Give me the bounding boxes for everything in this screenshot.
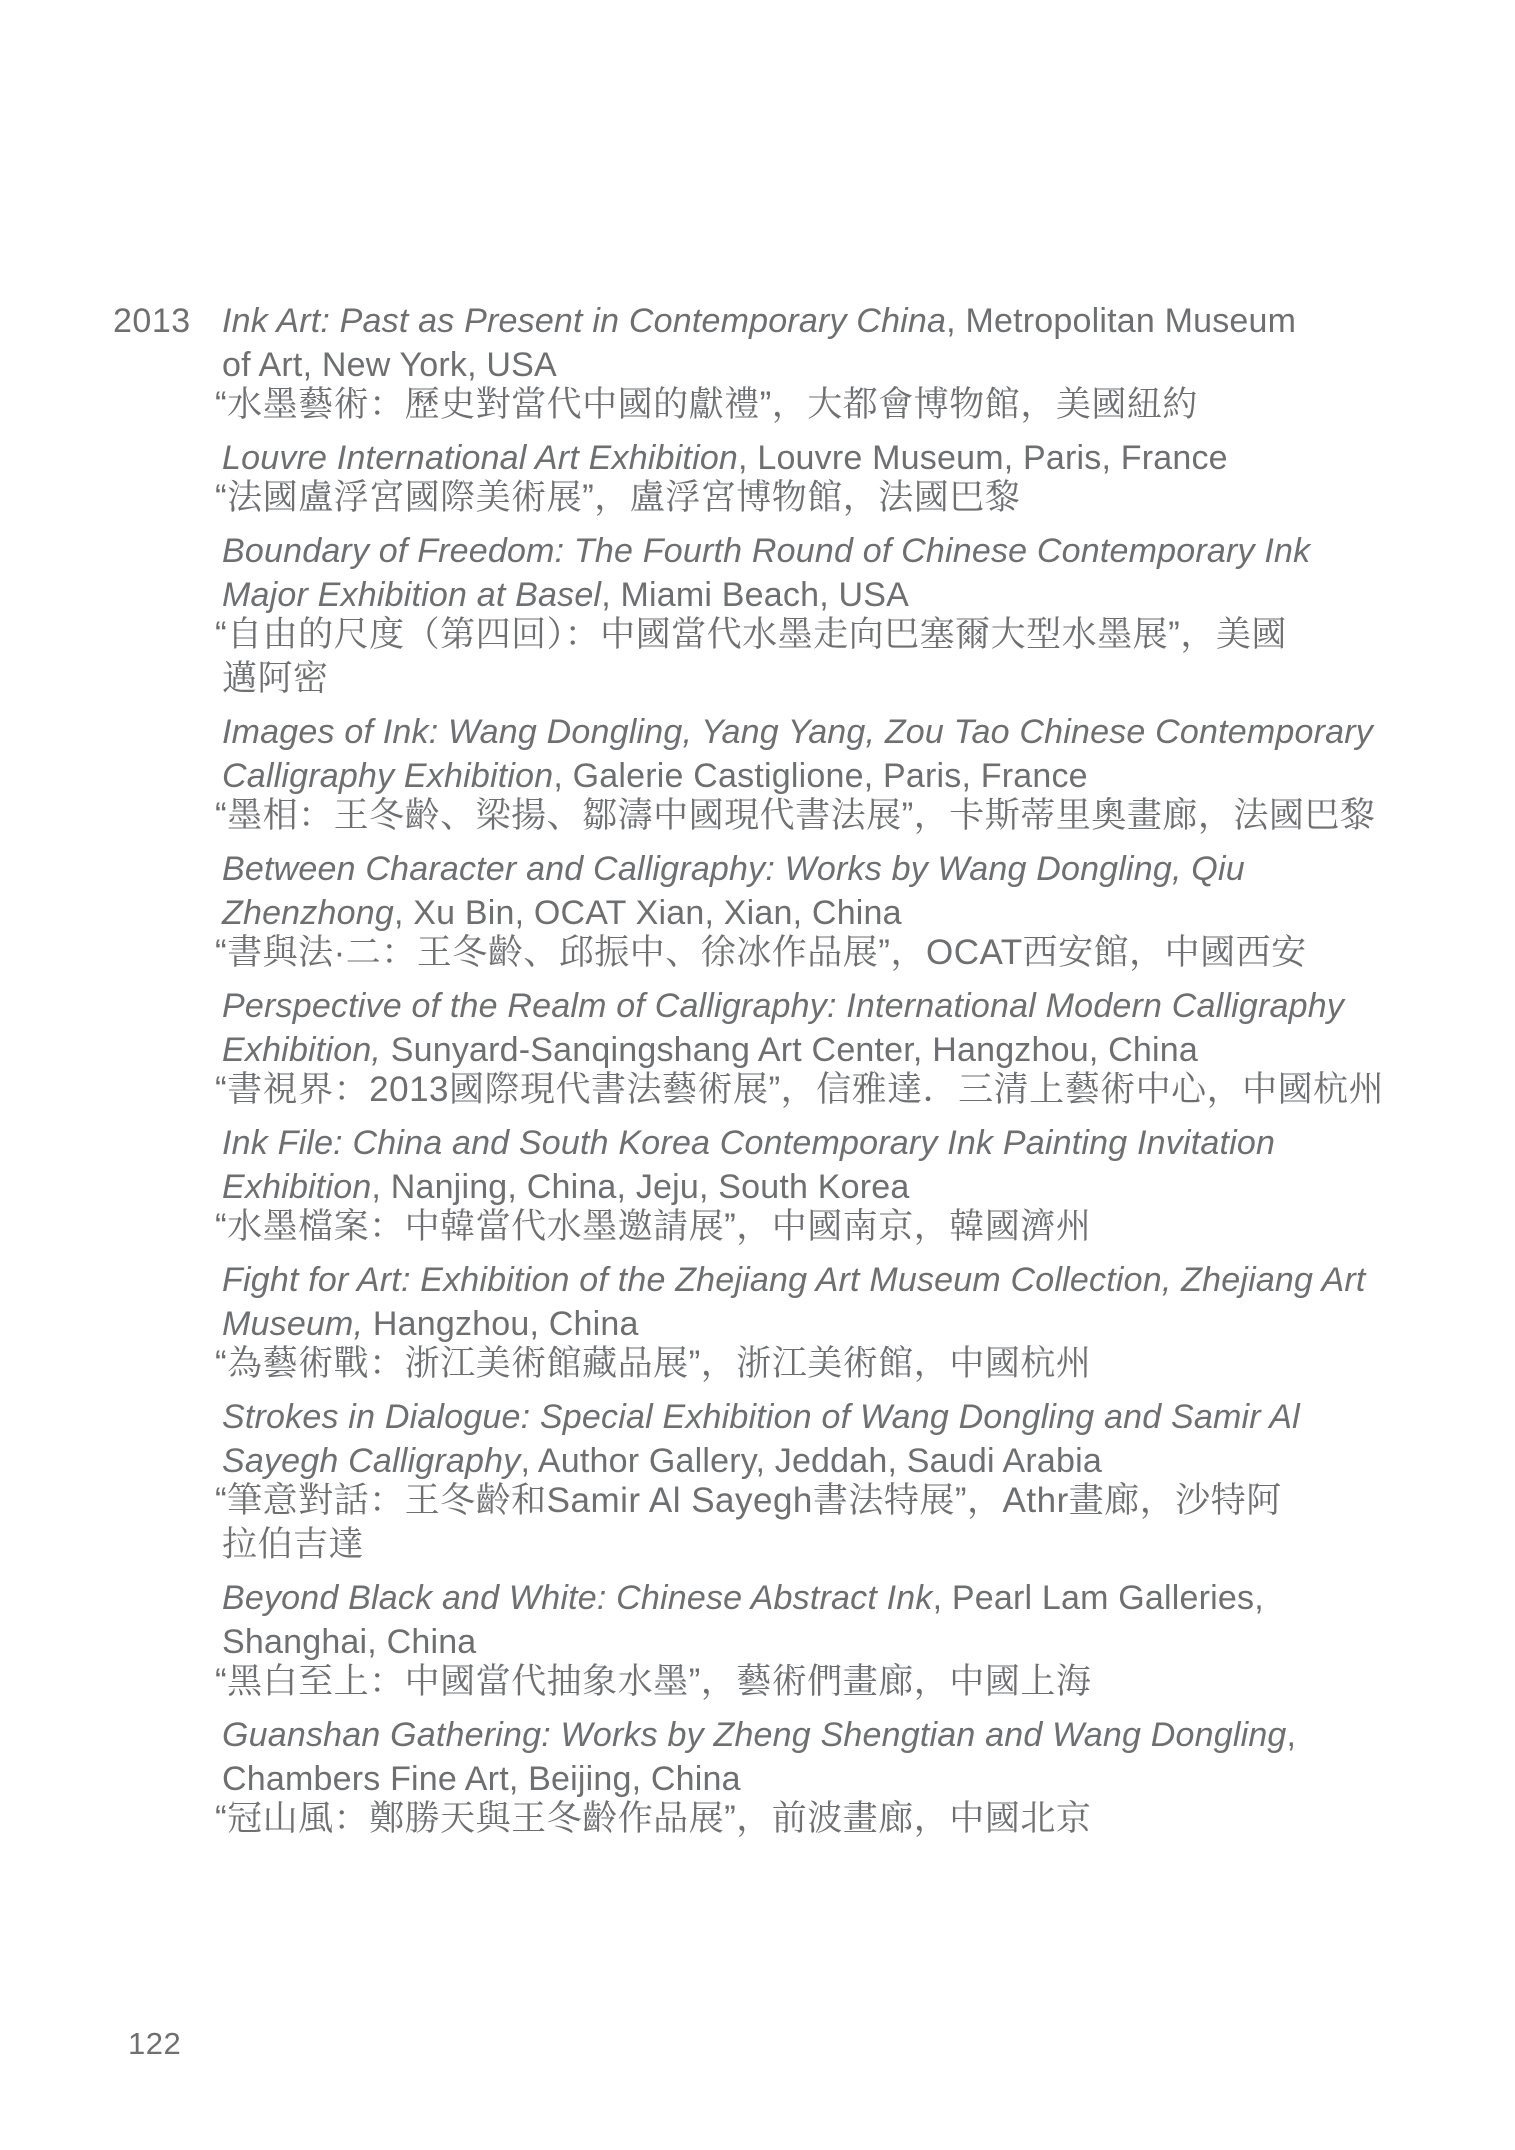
- venue-segment: , Xu Bin, OCAT Xian, Xian, China: [394, 894, 902, 932]
- entry-chinese-title: “墨相：王冬齡、梁揚、鄒濤中國現代書法展”，卡斯蒂里奧畫廊，法國巴黎: [222, 794, 1462, 838]
- venue-segment: Shanghai, China: [222, 1623, 476, 1661]
- entry-english-title: Images of Ink: Wang Dongling, Yang Yang,…: [222, 710, 1462, 798]
- title-italic-segment: Perspective of the Realm of Calligraphy:…: [222, 987, 1344, 1025]
- title-italic-segment: Calligraphy Exhibition: [222, 757, 553, 795]
- entry-chinese-title: “水墨藝術：歷史對當代中國的獻禮”，大都會博物館，美國紐約: [222, 383, 1462, 427]
- venue-segment: Hangzhou, China: [363, 1305, 638, 1343]
- page-number: 122: [128, 2026, 181, 2062]
- title-italic-segment: Museum,: [222, 1305, 363, 1343]
- title-italic-segment: Sayegh Calligraphy: [222, 1442, 520, 1480]
- exhibition-entry: Between Character and Calligraphy: Works…: [222, 847, 1462, 975]
- entry-chinese-title: “為藝術戰：浙江美術館藏品展”，浙江美術館，中國杭州: [222, 1342, 1462, 1386]
- exhibition-entry: Ink File: China and South Korea Contempo…: [222, 1121, 1462, 1249]
- entry-english-title: Between Character and Calligraphy: Works…: [222, 847, 1462, 935]
- title-italic-segment: Major Exhibition at Basel: [222, 576, 601, 614]
- year-label: 2013: [0, 299, 222, 343]
- exhibition-entry: Fight for Art: Exhibition of the Zhejian…: [222, 1258, 1462, 1386]
- title-italic-segment: Strokes in Dialogue: Special Exhibition …: [222, 1398, 1300, 1436]
- title-italic-segment: Exhibition,: [222, 1031, 381, 1069]
- title-italic-segment: Images of Ink: Wang Dongling, Yang Yang,…: [222, 713, 1373, 751]
- title-italic-segment: Louvre International Art Exhibition: [222, 439, 738, 477]
- title-italic-segment: Between Character and Calligraphy: Works…: [222, 850, 1245, 888]
- venue-segment: , Metropolitan Museum: [946, 302, 1296, 340]
- exhibition-entry: Ink Art: Past as Present in Contemporary…: [222, 299, 1462, 427]
- entry-chinese-title: “書視界：2013國際現代書法藝術展”，信雅達．三清上藝術中心，中國杭州: [222, 1068, 1462, 1112]
- entry-english-title: Ink File: China and South Korea Contempo…: [222, 1121, 1462, 1209]
- title-italic-segment: Ink File: China and South Korea Contempo…: [222, 1124, 1275, 1162]
- exhibition-entry: Perspective of the Realm of Calligraphy:…: [222, 984, 1462, 1112]
- title-italic-segment: Guanshan Gathering: Works by Zheng Sheng…: [222, 1716, 1287, 1754]
- title-italic-segment: Zhenzhong: [222, 894, 394, 932]
- entry-english-title: Strokes in Dialogue: Special Exhibition …: [222, 1395, 1462, 1483]
- catalog-page: 2013 Ink Art: Past as Present in Contemp…: [0, 0, 1515, 2150]
- venue-segment: Chambers Fine Art, Beijing, China: [222, 1760, 741, 1798]
- exhibition-entry: Boundary of Freedom: The Fourth Round of…: [222, 529, 1462, 701]
- entry-english-title: Ink Art: Past as Present in Contemporary…: [222, 299, 1462, 387]
- exhibition-entry: Louvre International Art Exhibition, Lou…: [222, 436, 1462, 520]
- entry-english-title: Guanshan Gathering: Works by Zheng Sheng…: [222, 1713, 1462, 1801]
- venue-segment: of Art, New York, USA: [222, 346, 557, 384]
- entry-chinese-title: “筆意對話：王冬齡和Samir Al Sayegh書法特展”，Athr畫廊，沙特…: [222, 1479, 1462, 1567]
- title-italic-segment: Beyond Black and White: Chinese Abstract…: [222, 1579, 933, 1617]
- entry-chinese-title: “冠山風：鄭勝天與王冬齡作品展”，前波畫廊，中國北京: [222, 1797, 1462, 1841]
- exhibition-entry: Strokes in Dialogue: Special Exhibition …: [222, 1395, 1462, 1567]
- exhibition-list: Ink Art: Past as Present in Contemporary…: [222, 299, 1462, 1850]
- entry-chinese-title: “書與法·二：王冬齡、邱振中、徐冰作品展”，OCAT西安館，中國西安: [222, 931, 1462, 975]
- entry-chinese-title: “自由的尺度（第四回）：中國當代水墨走向巴塞爾大型水墨展”，美國邁阿密: [222, 613, 1462, 701]
- title-italic-segment: Fight for Art: Exhibition of the Zhejian…: [222, 1261, 1366, 1299]
- title-italic-segment: Ink Art: Past as Present in Contemporary…: [222, 302, 946, 340]
- title-italic-segment: Boundary of Freedom: The Fourth Round of…: [222, 532, 1310, 570]
- exhibition-entry: Beyond Black and White: Chinese Abstract…: [222, 1576, 1462, 1704]
- venue-segment: Sunyard-Sanqingshang Art Center, Hangzho…: [381, 1031, 1198, 1069]
- title-italic-segment: Exhibition: [222, 1168, 371, 1206]
- venue-segment: ,: [1287, 1716, 1297, 1754]
- venue-segment: , Nanjing, China, Jeju, South Korea: [371, 1168, 909, 1206]
- entry-chinese-title: “法國盧浮宮國際美術展”，盧浮宮博物館，法國巴黎: [222, 476, 1462, 520]
- venue-segment: , Pearl Lam Galleries,: [933, 1579, 1264, 1617]
- entry-chinese-title: “水墨檔案：中韓當代水墨邀請展”，中國南京，韓國濟州: [222, 1205, 1462, 1249]
- entry-english-title: Fight for Art: Exhibition of the Zhejian…: [222, 1258, 1462, 1346]
- venue-segment: , Galerie Castiglione, Paris, France: [553, 757, 1087, 795]
- venue-segment: , Author Gallery, Jeddah, Saudi Arabia: [520, 1442, 1102, 1480]
- exhibition-entry: Images of Ink: Wang Dongling, Yang Yang,…: [222, 710, 1462, 838]
- venue-segment: , Louvre Museum, Paris, France: [738, 439, 1228, 477]
- entry-english-title: Boundary of Freedom: The Fourth Round of…: [222, 529, 1462, 617]
- entry-english-title: Perspective of the Realm of Calligraphy:…: [222, 984, 1462, 1072]
- venue-segment: , Miami Beach, USA: [601, 576, 909, 614]
- exhibition-entry: Guanshan Gathering: Works by Zheng Sheng…: [222, 1713, 1462, 1841]
- entry-english-title: Beyond Black and White: Chinese Abstract…: [222, 1576, 1462, 1664]
- entry-english-title: Louvre International Art Exhibition, Lou…: [222, 436, 1462, 480]
- exhibition-section: 2013 Ink Art: Past as Present in Contemp…: [0, 299, 1462, 1850]
- entry-chinese-title: “黑白至上：中國當代抽象水墨”，藝術們畫廊，中國上海: [222, 1660, 1462, 1704]
